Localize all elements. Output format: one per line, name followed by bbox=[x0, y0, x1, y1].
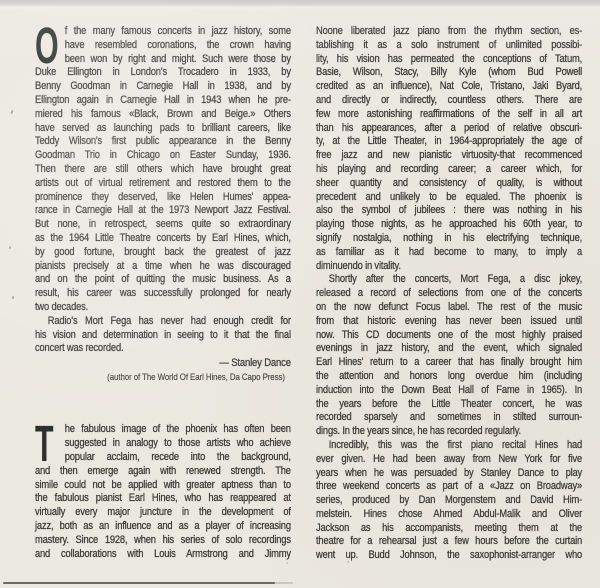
text-line: than his appearances, after a period of … bbox=[316, 122, 582, 136]
text-line: simile could not be applied with greater… bbox=[35, 479, 291, 493]
liner-notes-page: O f the many famous concerts in jazz his… bbox=[0, 0, 600, 588]
text-line: on the now defunct Focus label. The rest… bbox=[316, 301, 582, 315]
text-line: concert was recorded. bbox=[35, 342, 291, 356]
opening-paragraph-block: O f the many famous concerts in jazz his… bbox=[35, 25, 291, 356]
text-line: been won by right and might. Such were t… bbox=[35, 53, 291, 67]
text-line: and on the point of quitting the music b… bbox=[35, 273, 291, 287]
text-line: mastery. Since 1928, when his series of … bbox=[35, 534, 291, 548]
text-line: Jackson as his accompanists, meeting the… bbox=[316, 522, 582, 536]
text-line: from that historic evening has never bee… bbox=[316, 315, 582, 329]
text-line: Goodman Trio in Chicago on Easter Sunday… bbox=[35, 149, 291, 163]
text-line: Benny Goodman in Carnegie Hall in 1938, … bbox=[35, 80, 291, 94]
text-line: rance in Carnegie Hall at the 1973 Newpo… bbox=[35, 204, 291, 218]
text-line: diminuendo in vitality. bbox=[316, 260, 582, 274]
text-line: sheer quantity and consistency of qualit… bbox=[316, 177, 582, 191]
scan-artifact bbox=[347, 561, 349, 563]
dropcap-o: O bbox=[35, 26, 52, 65]
text-line: and directly or indirectly, countless ot… bbox=[316, 94, 582, 108]
text-line: lity, his vision has permeated the conce… bbox=[316, 53, 582, 67]
text-line: prominence they deserved, like Helen Hum… bbox=[35, 191, 291, 205]
text-line: recorded sparsely and sometimes in stilt… bbox=[316, 411, 582, 425]
text-line: theatre for a rehearsal just a few hours… bbox=[316, 535, 582, 549]
text-line: three weekend concerts as part of a «Jaz… bbox=[316, 480, 582, 494]
text-line: have resembled coronations, the crown ha… bbox=[35, 39, 291, 53]
text-line: also the symbol of jubilees : there was … bbox=[316, 204, 582, 218]
right-column-lines: Noone liberated jazz piano from the rhyt… bbox=[316, 25, 582, 563]
text-line: miered his famous «Black, Brown and Beig… bbox=[35, 108, 291, 122]
text-line: Teddy Wilson's first public appearance i… bbox=[35, 135, 291, 149]
text-line: went up. Budd Johnson, the saxophonist-a… bbox=[316, 549, 582, 563]
text-line: result, his career was successfully prol… bbox=[35, 287, 291, 301]
text-line: virtually every major juncture in the de… bbox=[35, 506, 291, 520]
text-line: dings. In the years since, he has record… bbox=[316, 425, 582, 439]
text-line: few more astonishing reaffirmations of t… bbox=[316, 108, 582, 122]
text-line: free jazz and new pianistic virtuosity-t… bbox=[316, 149, 582, 163]
text-line: released a record of selections from one… bbox=[316, 287, 582, 301]
text-line: Shortly after the concerts, Mort Fega, a… bbox=[316, 273, 582, 287]
opening-paragraph-lines: f the many famous concerts in jazz histo… bbox=[35, 25, 291, 356]
scan-artifact bbox=[10, 110, 13, 114]
text-line: jazz, both as an influence and as a play… bbox=[35, 520, 291, 534]
text-line: artists out of virtual retirement and re… bbox=[35, 177, 291, 191]
scan-artifact bbox=[12, 296, 15, 299]
scan-artifact bbox=[286, 562, 288, 564]
scan-artifact bbox=[8, 246, 11, 250]
right-column: Noone liberated jazz piano from the rhyt… bbox=[316, 25, 582, 563]
text-line: his playing and recording career; a care… bbox=[316, 163, 582, 177]
text-line: f the many famous concerts in jazz histo… bbox=[35, 25, 291, 39]
text-line: induction into the Down Beat Hall of Fam… bbox=[316, 384, 582, 398]
text-line: as the 1964 Little Theatre concerts by E… bbox=[35, 232, 291, 246]
author-signature: — Stanley Dance bbox=[35, 357, 291, 371]
text-line: Then there are still others which have b… bbox=[35, 163, 291, 177]
text-line: credited as an influence), Nat Cole, Tri… bbox=[316, 80, 582, 94]
text-line: have served as launching pads to brillia… bbox=[35, 122, 291, 136]
phoenix-paragraph-lines: he fabulous image of the phoenix has oft… bbox=[35, 423, 291, 561]
dropcap-t: T bbox=[35, 424, 52, 463]
left-column: O f the many famous concerts in jazz his… bbox=[35, 25, 291, 561]
text-line: the fabulous pianist Earl Hines, who has… bbox=[35, 492, 291, 506]
text-line: Noone liberated jazz piano from the rhyt… bbox=[316, 25, 582, 39]
text-line: Radio's Mort Fega has never had enough c… bbox=[35, 315, 291, 329]
text-line: Basie, Wilson, Stacy, Billy Kyle (whom B… bbox=[316, 66, 582, 80]
scan-edge-bottom bbox=[3, 582, 275, 584]
text-line: now. This CD documents one of the most h… bbox=[316, 329, 582, 343]
text-line: series, produced by Dan Morgenstern and … bbox=[316, 494, 582, 508]
text-line: by good fortune, brought back the greate… bbox=[35, 246, 291, 260]
text-line: signify nostalgia, nothing in his electr… bbox=[316, 232, 582, 246]
text-line: the attention and honors long overdue hi… bbox=[316, 370, 582, 384]
text-line: precedent and unlikely to be equaled. Th… bbox=[316, 191, 582, 205]
text-line: But none, in retrospect, seems quite so … bbox=[35, 218, 291, 232]
text-line: the years before the Little Theater conc… bbox=[316, 398, 582, 412]
text-line: pianists precisely at a time when he was… bbox=[35, 260, 291, 274]
text-line: years when he was persuaded by Stanley D… bbox=[316, 467, 582, 481]
text-line: two decades. bbox=[35, 301, 291, 315]
text-line: melstein. Hines chose Ahmed Abdul-Malik … bbox=[316, 508, 582, 522]
text-line: Earl Hines' return to a career that has … bbox=[316, 356, 582, 370]
text-line: and then emerge again with renewed stren… bbox=[35, 465, 291, 479]
text-line: playing those nights, as he approached h… bbox=[316, 218, 582, 232]
text-line: he fabulous image of the phoenix has oft… bbox=[35, 423, 291, 437]
text-line: as familiar as it had become to many, to… bbox=[316, 246, 582, 260]
text-line: his vision and determination in seeing t… bbox=[35, 329, 291, 343]
text-line: and collaborations with Louis Armstrong … bbox=[35, 548, 291, 562]
text-line: ty, at the Little Theater, in 1964-appro… bbox=[316, 135, 582, 149]
author-credit: (author of The World Of Earl Hines, Da C… bbox=[35, 370, 291, 384]
scan-edge-top bbox=[0, 0, 600, 9]
text-line: popular acclaim, recede into the backgro… bbox=[35, 451, 291, 465]
text-line: tablishing it as a solo instrument of un… bbox=[316, 39, 582, 53]
text-line: Incredibly, this was the first piano rec… bbox=[316, 439, 582, 453]
text-line: evenings in jazz history, and the event,… bbox=[316, 342, 582, 356]
text-line: Ellington again in Carnegie Hall in 1943… bbox=[35, 94, 291, 108]
phoenix-paragraph-block: T he fabulous image of the phoenix has o… bbox=[35, 423, 291, 561]
text-line: Duke Ellington in London's Trocadero in … bbox=[35, 66, 291, 80]
text-line: suggested in analogy to those artists wh… bbox=[35, 437, 291, 451]
text-line: ever given. He had been away from New Yo… bbox=[316, 453, 582, 467]
